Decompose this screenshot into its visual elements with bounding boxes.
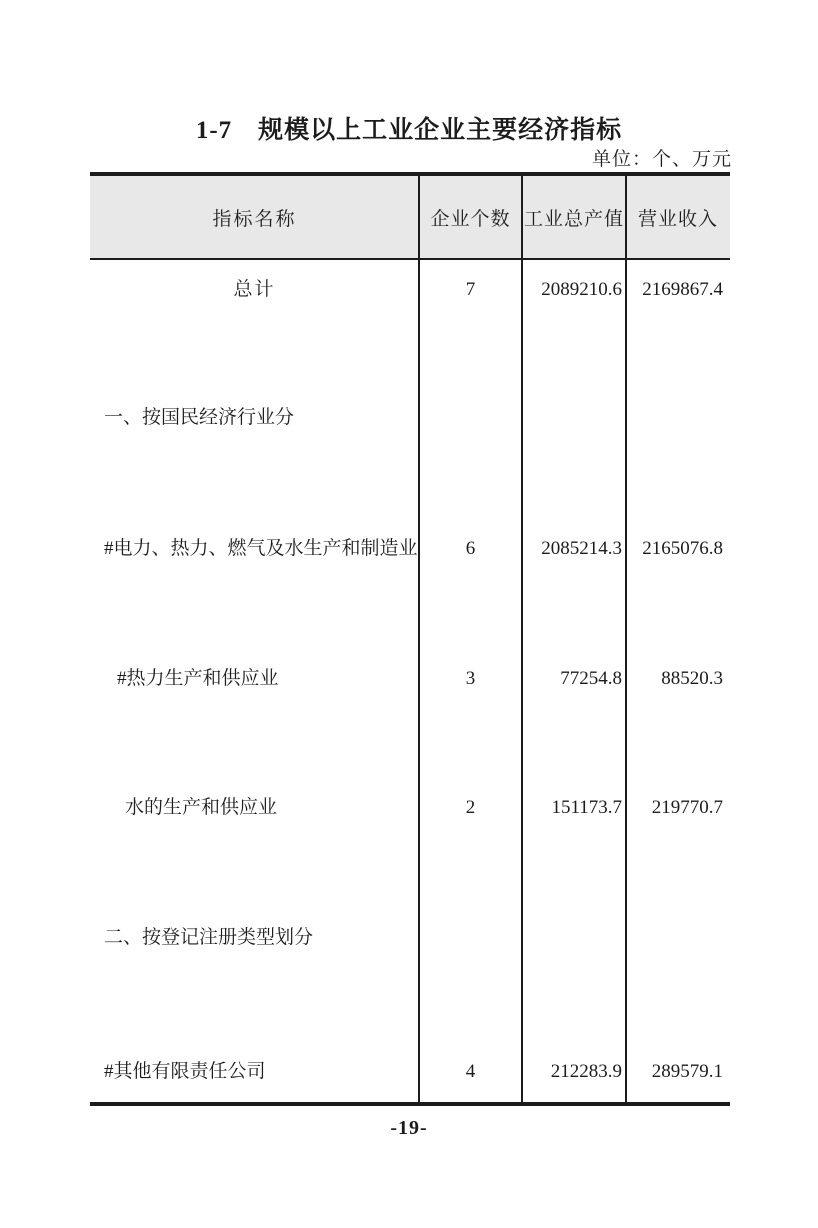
statistics-table: 指标名称 企业个数 工业总产值 营业收入 总计 7 2089210.6 2169… [90,172,730,1106]
table-header-row: 指标名称 企业个数 工业总产值 营业收入 [90,176,730,260]
row-label: 一、按国民经济行业分 [90,405,419,431]
row-count: 4 [419,1059,522,1085]
row-count: 3 [419,666,522,692]
row-count: 7 [419,277,522,303]
table-grid: 指标名称 企业个数 工业总产值 营业收入 总计 7 2089210.6 2169… [90,176,730,1102]
row-label: #电力、热力、燃气及水生产和制造业 [90,536,419,562]
row-label: 二、按登记注册类型划分 [90,925,419,951]
row-revenue: 289579.1 [626,1059,730,1085]
table-row: 二、按登记注册类型划分 [90,925,730,951]
row-count [419,405,522,431]
table-row: 总计 7 2089210.6 2169867.4 [90,277,730,303]
row-count: 6 [419,536,522,562]
column-divider [521,176,523,1102]
table-row: 一、按国民经济行业分 [90,405,730,431]
row-output: 2085214.3 [522,536,626,562]
row-revenue: 88520.3 [626,666,730,692]
row-output: 77254.8 [522,666,626,692]
column-header-enterprise-count: 企业个数 [419,204,522,231]
column-header-indicator: 指标名称 [90,204,419,231]
table-row: #其他有限责任公司 4 212283.9 289579.1 [90,1059,730,1085]
row-revenue [626,405,730,431]
row-count: 2 [419,795,522,821]
column-divider [625,176,627,1102]
row-revenue [626,925,730,951]
row-output: 151173.7 [522,795,626,821]
column-header-gross-output: 工业总产值 [522,204,626,231]
page-title: 1-7 规模以上工业企业主要经济指标 [0,110,818,146]
row-label: #其他有限责任公司 [90,1059,419,1085]
table-body: 总计 7 2089210.6 2169867.4 一、按国民经济行业分 #电力、… [90,260,730,1100]
document-page: 1-7 规模以上工业企业主要经济指标 单位：个、万元 指标名称 企业个数 工业总… [0,0,818,1228]
table-row: 水的生产和供应业 2 151173.7 219770.7 [90,795,730,821]
column-header-revenue: 营业收入 [626,204,730,231]
row-label: 总计 [90,277,419,303]
row-revenue: 2165076.8 [626,536,730,562]
row-revenue: 219770.7 [626,795,730,821]
row-output [522,405,626,431]
row-label: #热力生产和供应业 [90,666,419,692]
row-output [522,925,626,951]
table-row: #电力、热力、燃气及水生产和制造业 6 2085214.3 2165076.8 [90,536,730,562]
row-output: 2089210.6 [522,277,626,303]
row-output: 212283.9 [522,1059,626,1085]
page-number: -19- [0,1117,818,1140]
row-label: 水的生产和供应业 [90,795,419,821]
column-divider [418,176,420,1102]
row-count [419,925,522,951]
unit-note: 单位：个、万元 [592,144,732,171]
table-row: #热力生产和供应业 3 77254.8 88520.3 [90,666,730,692]
row-revenue: 2169867.4 [626,277,730,303]
